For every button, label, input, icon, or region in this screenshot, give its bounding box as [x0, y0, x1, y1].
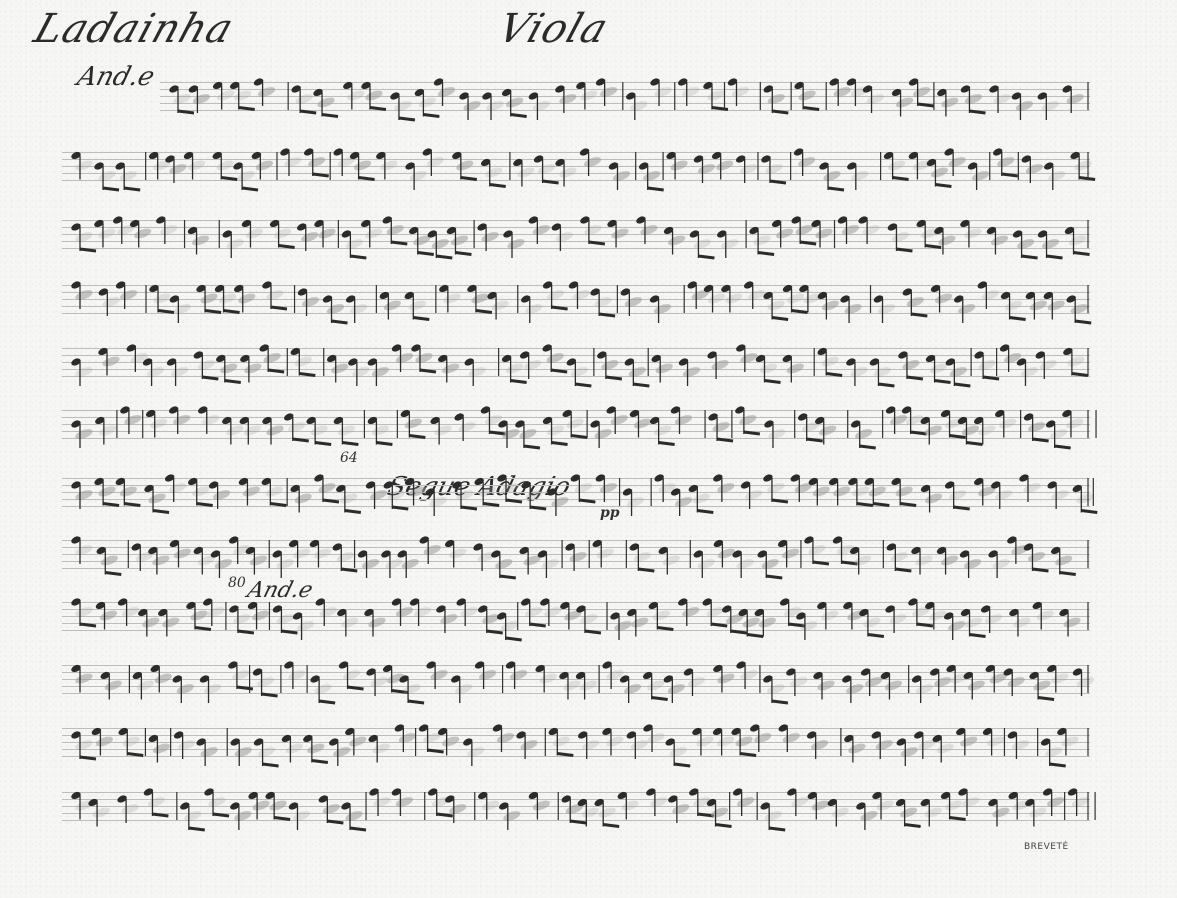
staff-6 — [62, 410, 1090, 442]
staff-12 — [62, 792, 1090, 824]
manuscript-page: Ladainha Viola And.e 64 Segue Adagio pp … — [0, 0, 1177, 898]
staff-9 — [62, 602, 1090, 634]
staff-3 — [62, 220, 1090, 252]
opening-tempo-mark: And.e — [74, 62, 158, 92]
instrument-title: Viola — [493, 6, 615, 52]
staff-7 — [62, 478, 1090, 510]
staff-5 — [62, 348, 1090, 380]
staff-8 — [62, 540, 1090, 572]
staff-1 — [160, 82, 1090, 114]
staff-2 — [62, 152, 1090, 184]
staff-11 — [62, 728, 1090, 760]
staff-10 — [62, 665, 1090, 697]
piece-title: Ladainha — [29, 6, 240, 52]
staff-4 — [62, 285, 1090, 317]
